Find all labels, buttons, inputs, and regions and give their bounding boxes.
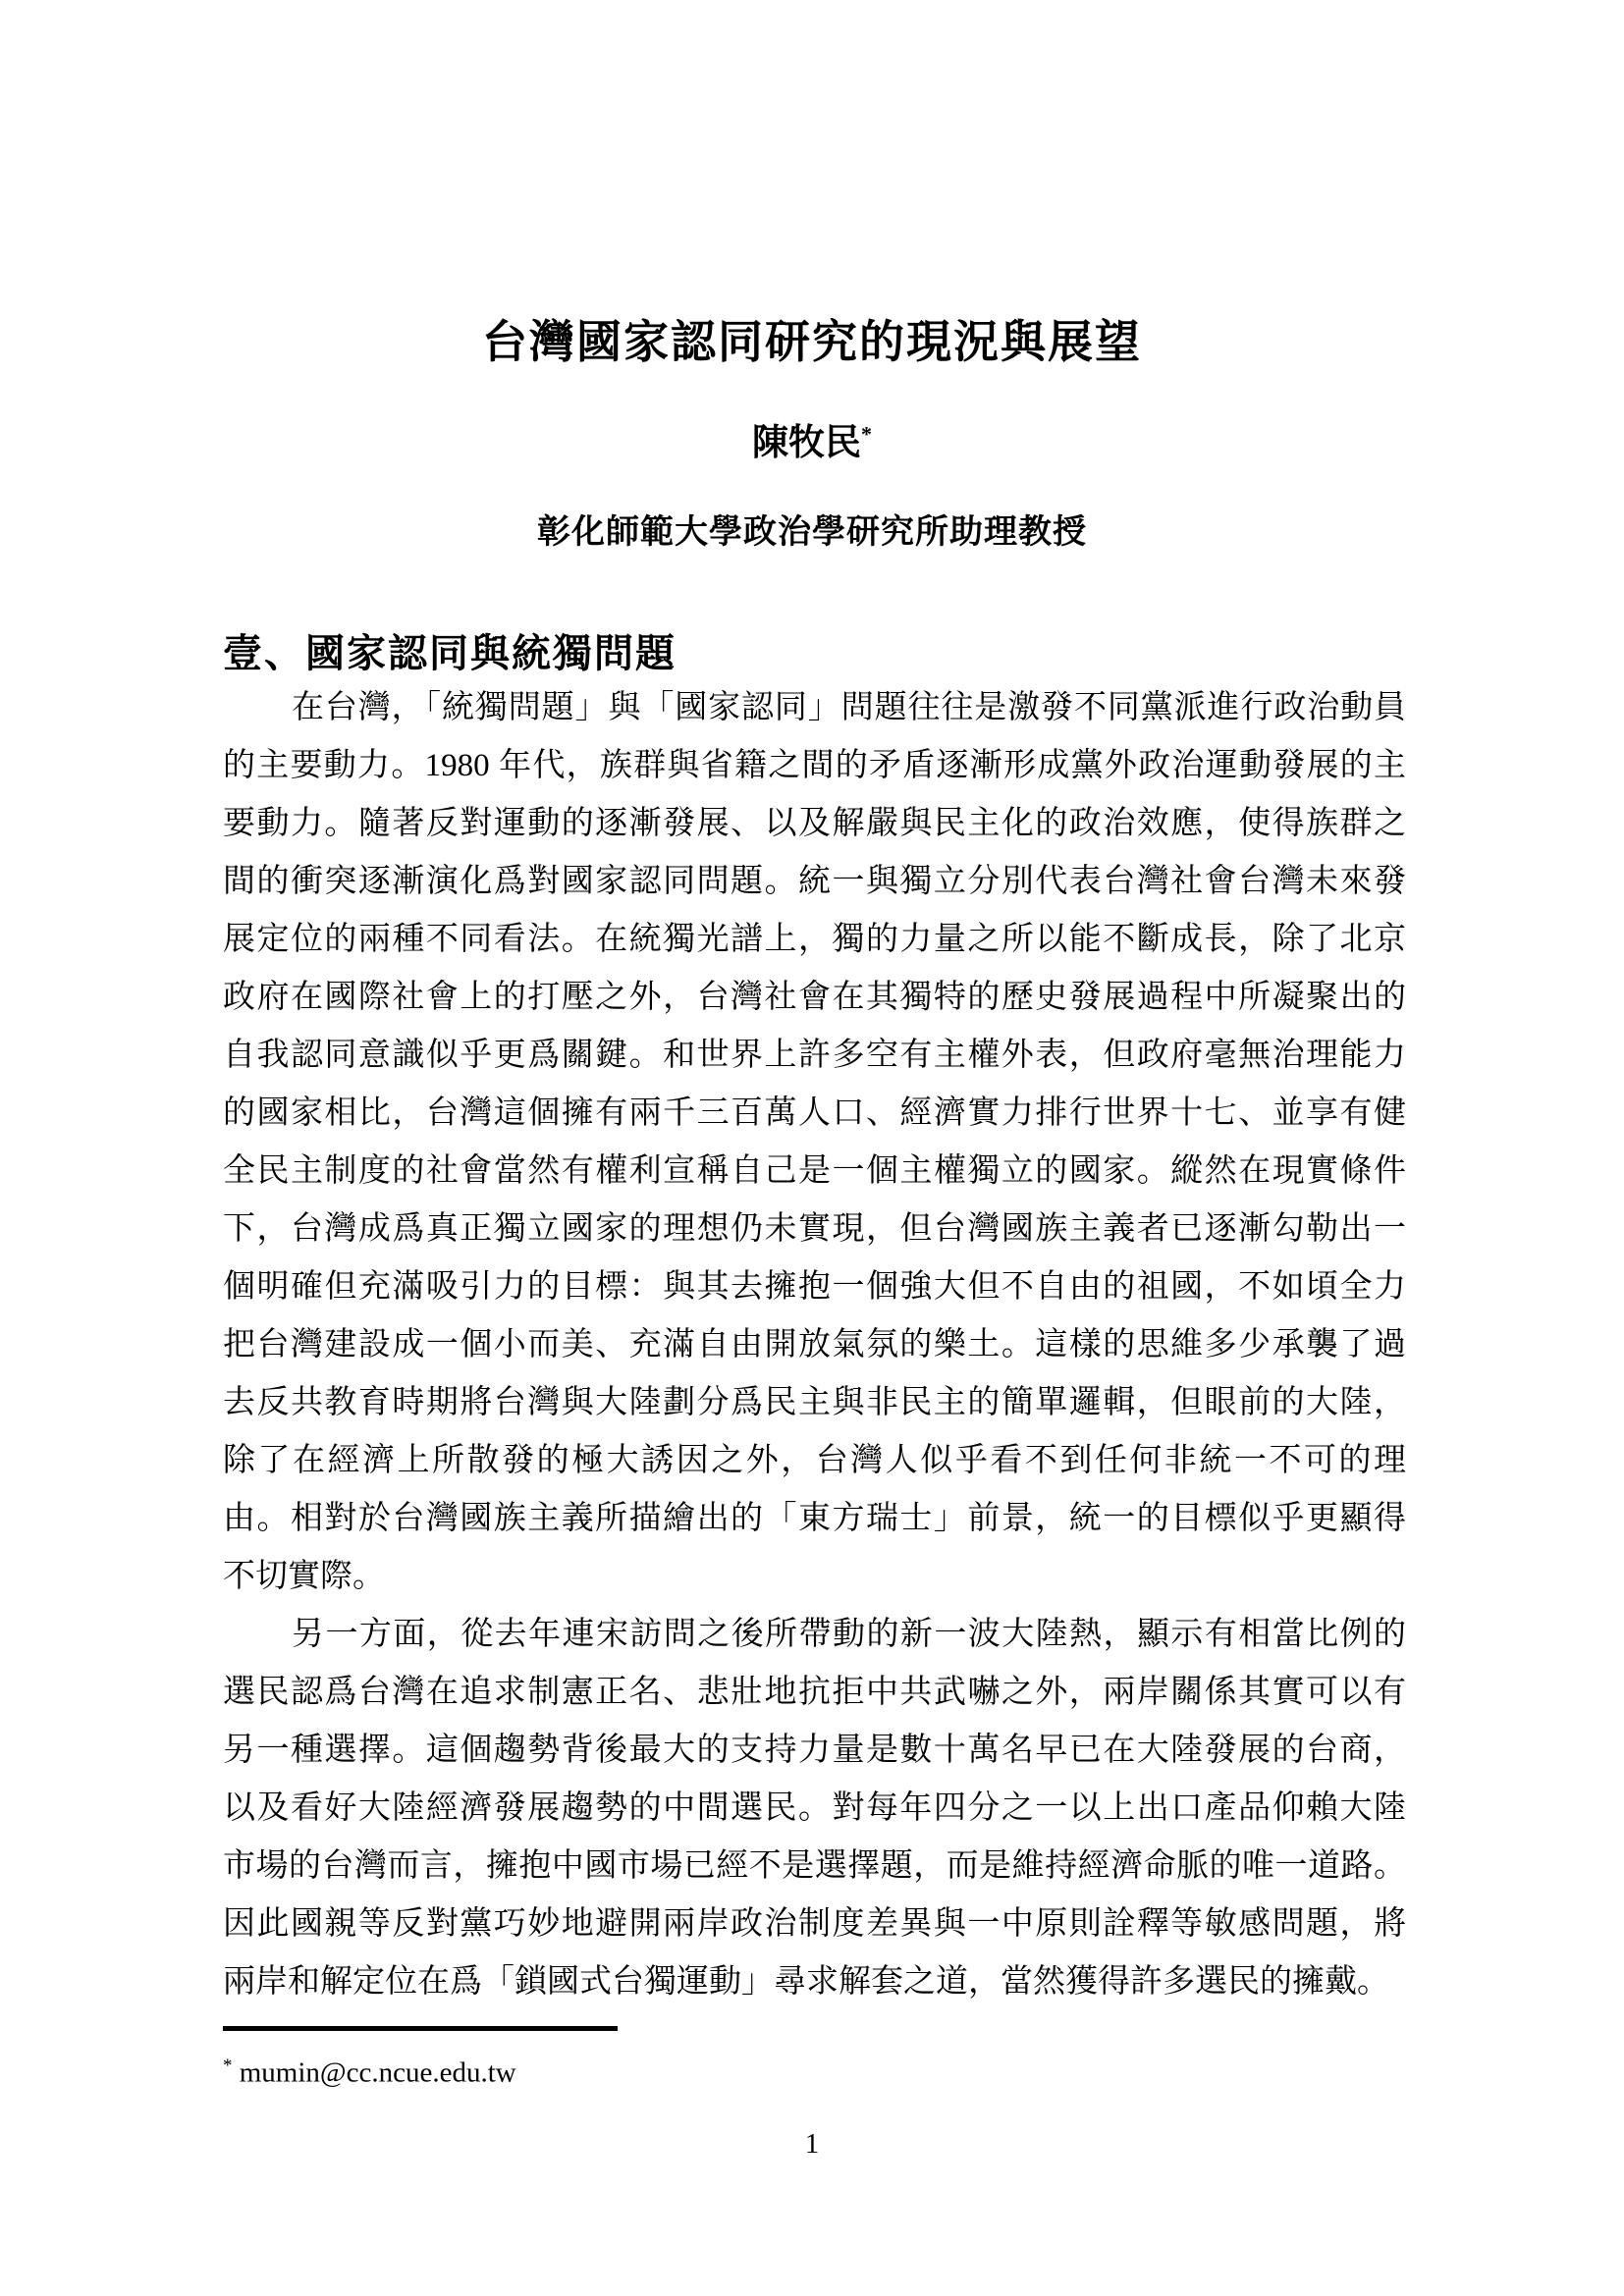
body-line: 兩岸和解定位在爲「鎖國式台獨運動」尋求解套之道，當然獲得許多選民的擁戴。: [223, 1953, 1406, 2011]
body-line: 展定位的兩種不同看法。在統獨光譜上，獨的力量之所以能不斷成長，除了北京: [223, 911, 1406, 969]
body-line: 下，台灣成爲真正獨立國家的理想仍未實現，但台灣國族主義者已逐漸勾勒出一: [223, 1201, 1406, 1258]
body-line: 個明確但充滿吸引力的目標：與其去擁抱一個強大但不自由的祖國，不如頃全力: [223, 1258, 1406, 1316]
body-line: 以及看好大陸經濟發展趨勢的中間選民。對每年四分之一以上出口產品仰賴大陸: [223, 1780, 1406, 1838]
body-line: 的主要動力。1980 年代，族群與省籍之間的矛盾逐漸形成黨外政治運動發展的主: [223, 737, 1406, 795]
document-page: 台灣國家認同研究的現況與展望 陳牧民* 彰化師範大學政治學研究所助理教授 壹、國…: [0, 0, 1624, 2296]
paragraph: 在台灣，「統獨問題」與「國家認同」問題往往是激發不同黨派進行政治動員的主要動力。…: [223, 679, 1406, 1606]
body-line: 自我認同意識似乎更爲關鍵。和世界上許多空有主權外表，但政府毫無治理能力: [223, 1027, 1406, 1085]
body-line: 市場的台灣而言，擁抱中國市場已經不是選擇題，而是維持經濟命脈的唯一道路。: [223, 1838, 1406, 1896]
body-line: 把台灣建設成一個小而美、充滿自由開放氣氛的樂土。這樣的思維多少承襲了過: [223, 1316, 1406, 1374]
author-note-mark: *: [861, 422, 872, 447]
page-number: 1: [0, 2128, 1624, 2161]
body-line: 的國家相比，台灣這個擁有兩千三百萬人口、經濟實力排行世界十七、並享有健: [223, 1085, 1406, 1143]
body-line: 不切實際。: [223, 1548, 1406, 1606]
author-line: 陳牧民*: [0, 412, 1624, 465]
footnote-mark: *: [223, 2056, 233, 2076]
footnote: * mumin@cc.ncue.edu.tw: [223, 2056, 1406, 2090]
body-line: 政府在國際社會上的打壓之外，台灣社會在其獨特的歷史發展過程中所凝聚出的: [223, 969, 1406, 1027]
body-line: 另一種選擇。這個趨勢背後最大的支持力量是數十萬名早已在大陸發展的台商，: [223, 1722, 1406, 1780]
paragraphs-container: 在台灣，「統獨問題」與「國家認同」問題往往是激發不同黨派進行政治動員的主要動力。…: [223, 679, 1406, 2011]
body-line: 在台灣，「統獨問題」與「國家認同」問題往往是激發不同黨派進行政治動員: [223, 679, 1406, 737]
body-line: 去反共教育時期將台灣與大陸劃分爲民主與非民主的簡單邏輯，但眼前的大陸，: [223, 1374, 1406, 1432]
body-line: 間的衝突逐漸演化爲對國家認同問題。統一與獨立分別代表台灣社會台灣未來發: [223, 853, 1406, 911]
paragraph: 另一方面，從去年連宋訪問之後所帶動的新一波大陸熱，顯示有相當比例的選民認爲台灣在…: [223, 1606, 1406, 2011]
body-line: 除了在經濟上所散發的極大誘因之外，台灣人似乎看不到任何非統一不可的理: [223, 1432, 1406, 1490]
affiliation: 彰化師範大學政治學研究所助理教授: [0, 505, 1624, 553]
section-heading: 壹、國家認同與統獨問題: [223, 622, 1406, 678]
body-line: 全民主制度的社會當然有權利宣稱自己是一個主權獨立的國家。縱然在現實條件: [223, 1143, 1406, 1201]
body-line: 另一方面，從去年連宋訪問之後所帶動的新一波大陸熱，顯示有相當比例的: [223, 1606, 1406, 1664]
document-title: 台灣國家認同研究的現況與展望: [0, 306, 1624, 371]
body-line: 選民認爲台灣在追求制憲正名、悲壯地抗拒中共武嚇之外，兩岸關係其實可以有: [223, 1664, 1406, 1722]
footnote-separator: [223, 2026, 618, 2031]
body-line: 因此國親等反對黨巧妙地避開兩岸政治制度差異與一中原則詮釋等敏感問題，將: [223, 1896, 1406, 1953]
body-line: 由。相對於台灣國族主義所描繪出的「東方瑞士」前景，統一的目標似乎更顯得: [223, 1490, 1406, 1548]
body-line: 要動力。隨著反對運動的逐漸發展、以及解嚴與民主化的政治效應，使得族群之: [223, 795, 1406, 853]
footnote-text: mumin@cc.ncue.edu.tw: [240, 2057, 516, 2089]
author-name: 陳牧民: [752, 423, 861, 463]
